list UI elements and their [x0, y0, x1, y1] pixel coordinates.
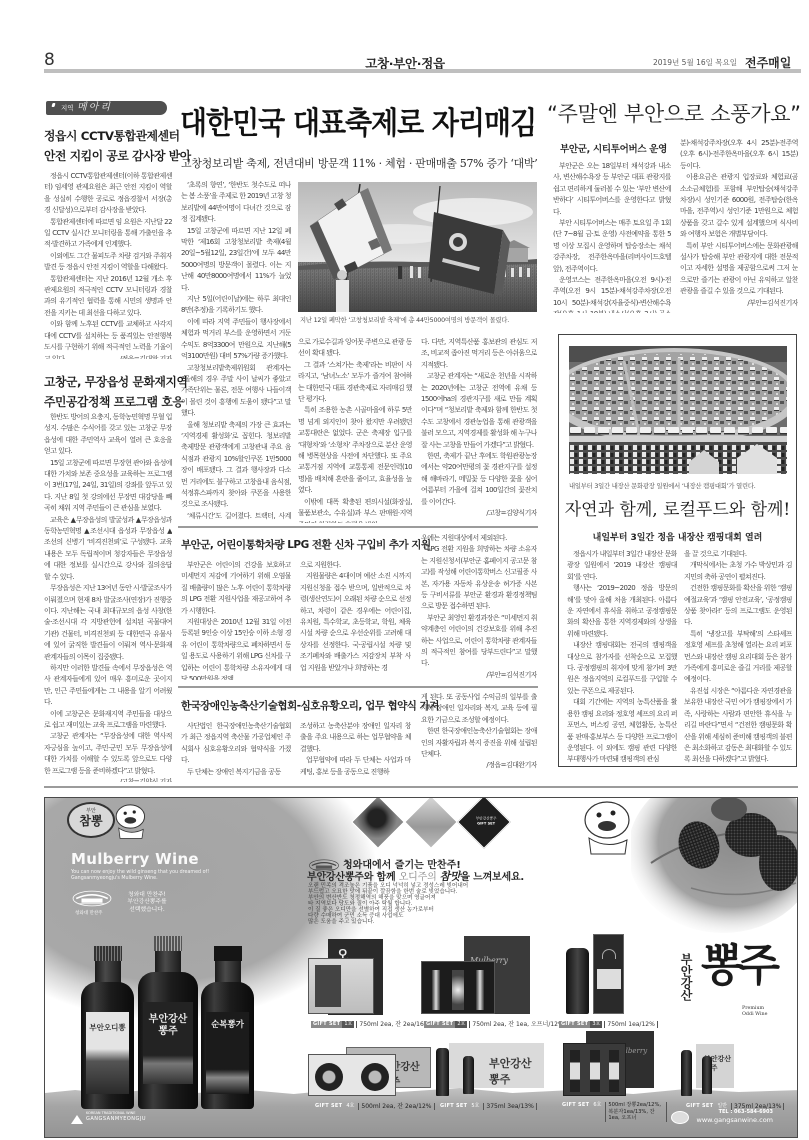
bottle-silhouette — [476, 970, 484, 1010]
english-tagline: You can now enjoy the wild ginseng that … — [71, 870, 209, 882]
page-number: 8 — [44, 50, 55, 70]
paragraph: 지난 5일(어린이날)에는 하루 최대인 8만(추정)을 기록하기도 했다. — [181, 294, 291, 317]
paragraph: 건전한 캠핑문화를 확산을 위한 ‘캠핑 예절교육’과 ‘캠핑 안전교육’, ‘… — [684, 583, 792, 629]
camping-column-1: 정읍시가 내일부터 3일간 내장산 문화광장 일원에서 ‘2019 내장산 캠핑… — [567, 549, 677, 764]
paragraph: 다. 다만, 지역특산품 홍보관의 관심도 저조, 비교적 좁아진 먹거리 등은… — [421, 337, 537, 371]
ad-headline-2: 부안강산뽕주와 함께 오디주의 참맛을 느껴보세요. — [307, 868, 524, 884]
paragraph: 개막식에서는 초청 가수 박상민과 김지민의 축하 공연이 펼쳐진다. — [684, 560, 792, 583]
bottle-silhouette — [432, 970, 440, 1010]
gift-set-spec: 375ml 3ea/13% — [483, 1103, 536, 1110]
cctv-body: 정읍시 CCTV통합관제센터(이하 통합관제센터) 임세영 관제요원은 최근 안… — [44, 171, 172, 359]
bottle-label: 순복뽕가 — [206, 1012, 249, 1094]
paragraph: 교육은 ▲무장읍성의 발굴성과 ▲무장읍성과 동학농민혁명 ▲조선시대 읍성과 … — [44, 515, 172, 583]
header-rule — [44, 69, 801, 73]
paragraph: LPG 전환 지원을 희망하는 차량 소유자는 지원신청서(부안군 홈페이지 공… — [421, 544, 537, 612]
paragraph: 하지만 이러한 발견들 속에서 무장읍성은 역사 관계자들에게 있어 매우 흥미… — [44, 663, 172, 709]
gift-set-number: 2호 — [455, 1021, 467, 1028]
festival-column-3: 다. 다만, 지역특산품 홍보관의 관심도 저조, 비교적 좁아진 먹거리 등은… — [421, 337, 537, 523]
citytour-column-1: 부안군은 오는 18일부터 채석강과 내소사, 변산해수욕장 등 부안군 대표 … — [553, 161, 671, 313]
paragraph: 게 된다. 또 공동사업 수익금의 일부를 출자해 장애인 일자리와 복지, 교… — [421, 692, 537, 726]
bottle-silhouette — [570, 1050, 580, 1092]
camping-headline: 자연과 함께, 로컬푸드와 함께! — [559, 499, 796, 521]
bag-label — [597, 969, 621, 989]
paragraph: 정읍시가 내일부터 3일간 내장산 문화광장 일원에서 ‘2019 내장산 캠핑… — [567, 549, 677, 583]
gift-bottle-image — [436, 1048, 449, 1096]
contact-website: www.gangsanwine.com — [695, 1116, 773, 1124]
product-name-big: 뽕주 — [701, 944, 774, 988]
bottle-foil — [94, 946, 122, 961]
gift-box-image — [308, 958, 374, 1014]
paragraph: 부안 시티투어버스는 매주 토요일 주 1회(단 7~8월 금·토 운영) 사전… — [553, 218, 671, 275]
paragraph-text: 이와 함께 노후된 CCTV를 교체하고 사각지대에 CCTV를 설치하는 등 … — [44, 320, 172, 359]
gift-set-label: GIFT SET1호750ml 2ea, 잔 2ea/16% — [311, 1021, 433, 1028]
gift-bottle-image — [566, 948, 589, 1014]
paragraph: 운영코스는 전주한옥마을(오전 9시)-전주역(오전 9시 15분)-채석강주차… — [553, 275, 671, 313]
ad-headline-part: 오디주의 — [399, 872, 440, 883]
camping-column-2: 을 끌 것으로 기대된다. 개막식에서는 초청 가수 박상민과 김지민의 축하 … — [684, 549, 792, 764]
gift-box-image — [563, 1043, 626, 1096]
paragraph: 이외에도 그간 물피도주 차량 검거와 주취자 발견 등 정읍시 안전 지킴이 … — [44, 251, 172, 274]
paragraph: 부안군 최영인 환경과장은 “미세먼지 취약계층인 어린이의 건강보호를 위해 … — [421, 613, 537, 670]
field-diamond-image — [404, 797, 458, 849]
paragraph: 지원물량은 4대이며 예산 소진 시까지 지원신청을 접수 받으며, 일반적으로… — [300, 571, 411, 674]
paragraph: 고창청보리밭축제위원회 관계자는 “올해의 경우 주말 사이 날씨가 좋았고 가… — [181, 363, 291, 420]
section-divider — [178, 686, 538, 688]
paragraph: 통합관제센터에 따르면 임 요원은 지난달 22일 CCTV 실시간 모니터링을… — [44, 217, 172, 251]
brand-mountain-icon — [71, 1115, 83, 1124]
label-mark-icon — [51, 103, 55, 107]
paragraph: 부안군은 오는 18일부터 채석강과 내소사, 변산해수욕장 등 부안군 대표 … — [553, 161, 671, 218]
bottle-image: 부안오디뽕 — [81, 946, 134, 1109]
gift-box-image — [421, 961, 495, 1014]
lpg-headline: 부안군, 어린이통학차량 LPG 전환 신차 구입비 추가 지원 — [181, 538, 431, 552]
headline-line: 고창군, 무장읍성 문화재지역 — [44, 372, 176, 392]
paragraph: 정읍시 CCTV통합관제센터(이하 통합관제센터) 임세영 관제요원은 최근 안… — [44, 171, 172, 217]
festival-headline: 대한민국 대표축제로 자리매김 — [180, 104, 540, 144]
bottle-foil — [214, 946, 242, 961]
festival-column-1: ‘초록의 향연’, ‘한반도 첫수도로 떠나는 봄 소풍’을 주제로 한 201… — [181, 180, 291, 523]
gift-set-badge: GIFT SET — [438, 1103, 469, 1110]
ad-headline-part: 참맛 — [440, 870, 461, 883]
product-name-sub-line: Oddi Wine — [742, 1012, 767, 1018]
coop-headline: 한국장애인농축산기술협회-심호유황오리, 업무 협약식 가져 — [181, 699, 439, 713]
product-name-sub-line: Premium — [742, 1006, 767, 1012]
brand-footer: KOREAN TRADITIONAL WINE GANGSANMYEONGJU — [86, 1111, 146, 1122]
gift-set-spec: 750ml 2ea, 잔 1ea, 오프너/12% — [469, 1021, 566, 1028]
bottle-label: 부안강산 뽕주 — [143, 1002, 193, 1084]
paragraph-text: 고창군 관계자는 “무장읍성에 대한 역사적 자긍심을 높이고, 주민·군민 모… — [44, 732, 172, 774]
gift-set-label: GIFT SET3호750ml 1ea/12% — [559, 1021, 658, 1028]
mascot-icon — [111, 802, 151, 844]
paragraph: 이와 함께 노후된 CCTV를 교체하고 사각지대에 CCTV를 설치하는 등 … — [44, 319, 172, 359]
gift-set-spec: 500ml 2ea, 잔 2ea/12% — [358, 1103, 434, 1110]
gangsan-logo-icon — [671, 1111, 689, 1124]
coop-column-3: 게 된다. 또 공동사업 수익금의 일부를 출자해 장애인 일자리와 복지, 교… — [421, 692, 537, 782]
paragraph: 이밖에 대폭 확충된 편의시설(화장실, 물품보관소, 수유실)과 부스 판매원… — [298, 497, 412, 523]
gift-set-number: 3호 — [590, 1021, 602, 1028]
lpg-column-3: 우에는 지원대상에서 제외된다. LPG 전환 지원을 희망하는 차량 소유자는… — [421, 533, 537, 681]
gift-set-badge: GIFT SET — [313, 1103, 344, 1110]
column-label-title: 메아리 — [77, 101, 112, 115]
paragraph: 고창군 관계자는 “새로운 천년을 시작하는 2020년에는 고창군 전역에 유… — [421, 371, 537, 451]
paragraph: 무장읍성은 지난 13여년 동안 시·발굴조사가 이뤄졌으며 현재 8차 발굴조… — [44, 583, 172, 663]
paragraph: 부안군은 어린이의 건강을 보호하고 미세먼지 저감에 기여하기 위해 오염물질… — [181, 560, 291, 617]
byline: /정읍=김대완기자 — [421, 760, 537, 771]
emblem-caption: 청와대 만찬주 — [75, 910, 103, 916]
gift-set-spec: 500ml 장뽕2ea/12%, 복분자1ea/13%, 잔 1ea, 오프너 — [605, 1102, 667, 1122]
paragraph: 이에 따라 지역 주민들이 행사장에서 체험과 먹거리 부스를 운영하면서 거둔… — [181, 317, 291, 363]
product-name-vertical: 부안강산 — [679, 953, 693, 1001]
gift-bag-image — [593, 934, 624, 1014]
english-tagline-line: Gangsanmyeongju's Mulberry Wine. — [71, 876, 209, 882]
byline: /부안=김석진기자 — [680, 298, 798, 309]
paragraph: 15일 고창군에 따르면 무장현 관아와 읍성에 대한 가치와 보존 중요성을 … — [44, 458, 172, 515]
paragraph: 올해 청보리밭 축제의 가장 큰 효과는 ‘지역경제 활성화’로 꼽힌다. 청보… — [181, 420, 291, 511]
byline: /정읍=김대완 기자 — [114, 354, 172, 360]
emblem-text-line: 부안강산뽕주를 — [121, 899, 173, 906]
bottle-image: 순복뽕가 — [201, 946, 254, 1109]
mulberry-photo — [631, 797, 798, 937]
paragraph: 이에 고창군은 문화재지역 주민들을 대상으로 쉽고 재미있는 교육 프로그램을… — [44, 709, 172, 732]
mulberry-wine-title: Mulberry Wine — [71, 850, 199, 868]
paragraph: 그 결과 ‘스쳐가는 축제’라는 비판이 사라지고, ‘남녀노소’ 모두가 즐겨… — [298, 360, 412, 406]
bottle-image: 부안강산 뽕주 — [138, 936, 198, 1109]
festival-photo — [298, 182, 537, 312]
camping-subhead: 내일부터 3일간 정읍 내장산 캠핑대회 열려 — [559, 530, 796, 543]
paragraph: 조성하고 농축산분야 장애인 일자리 창출을 주요 내용으로 하는 업무협약을 … — [300, 721, 411, 755]
gift-bottle-image — [681, 1050, 692, 1096]
contact-phone: TEL : 063-584-6903 — [695, 1109, 773, 1115]
emblem-text: 청와대 만찬주! 부안강산뽕주를 선택했습니다. — [121, 892, 173, 914]
round-bottle-silhouette — [315, 1063, 343, 1091]
gift-set-spec: 750ml 1ea/12% — [604, 1021, 657, 1028]
brand-footer-name: GANGSANMYEONGJU — [86, 1116, 146, 1122]
gift-set-badge: GIFT SET — [559, 1021, 590, 1028]
citytour-headline: “주말엔 부안으로 소풍가요” — [547, 100, 805, 128]
lpg-column-2: 으로 지원한다. 지원물량은 4대이며 예산 소진 시까지 지원신청을 접수 받… — [300, 560, 411, 680]
blue-house-emblem-icon — [72, 890, 112, 911]
mujang-body: 한반도 방어의 요충지, 동학농민혁명 무혈 입성지. 수많은 수식어를 갖고 … — [44, 412, 172, 782]
cctv-headline: 정읍시 CCTV통합관제센터 안전 지킴이 공로 감사장 받아 — [44, 126, 176, 166]
bottle-label-text: 부안오디뽕 — [86, 1022, 129, 1033]
ad-body-line: 많은 도움을 주고 있습니다. — [308, 919, 533, 925]
gift-set-number: 4호 — [344, 1103, 356, 1110]
paragraph: 으로 지원한다. — [300, 560, 411, 571]
column-label: 지역 메아리 — [46, 101, 167, 115]
bottle-label-text: 부안강산 뽕주 — [143, 1014, 193, 1038]
lpg-column-1: 부안군은 어린이의 건강을 보호하고 미세먼지 저감에 기여하기 위해 오염물질… — [181, 560, 291, 680]
paragraph: 우에는 지원대상에서 제외된다. — [421, 533, 537, 544]
paragraph: 을 끌 것으로 기대된다. — [684, 549, 792, 560]
headline-line: 주민공감정책 프로그램 호응 — [44, 392, 176, 412]
byline: /부안=김석진기자 — [421, 670, 537, 681]
headline-line: 안전 지킴이 공로 감사장 받아 — [44, 146, 176, 166]
paragraph: 특히 조용한 농촌 시골마을에 하루 5만명 넘게 외지인이 찾아 왔지만 우려… — [298, 405, 412, 496]
glass-silhouette — [452, 970, 464, 1010]
paragraph: 으로 가로수길과 잉어못 주변으로 관광 동선이 확대 됐다. — [298, 337, 412, 360]
byline: /고창=김양식 기자 — [114, 777, 172, 782]
paragraph: 업무협약에 따라 두 단체는 사업과 마케팅, 홍보 등을 공동으로 진행하 — [300, 755, 411, 778]
gift-set-label: GIFT SET6호500ml 장뽕2ea/12%, 복분자1ea/13%, 잔… — [560, 1102, 667, 1122]
paragraph: 두 단체는 장애인 복지기금을 공동 — [181, 767, 291, 778]
paragraph: ‘체류시간’도 길어졌다. 트랙터, 사계절 포토존, 농부 출근손은 축제 시… — [181, 511, 291, 523]
newspaper-page: 8 고창·부안·정읍 2019년 5월 16일 목요일 전주매일 지역 메아리 … — [0, 0, 809, 1140]
bottle-label-text: 순복뽕가 — [206, 1018, 249, 1030]
gift-set-badge: GIFT SET — [424, 1021, 455, 1028]
paragraph: 이용요금은 관광지 입장료와 체험료(곰소소금체험)를 포함해 부안탑승(채석강… — [680, 172, 798, 240]
gift-set-badge: GIFT SET — [560, 1102, 591, 1109]
paragraph: 내장산 캠핑대회는 전국의 캠핑객을 대상으로 참가자를 선착순으로 모집했다.… — [567, 640, 677, 697]
bottle-silhouette — [609, 1050, 619, 1092]
paragraph: 지원대상은 2010년 12월 31일 이전 등록된 9인승 이상 15인승 이… — [181, 617, 291, 680]
paragraph: 대회 기간에는 지역의 농특산품을 활용한 캠핑 요리와 정호영 셰프의 요리 … — [567, 697, 677, 764]
byline: /고창=김양식기자 — [421, 508, 537, 519]
paragraph: 고창군 관계자는 “무장읍성에 대한 역사적 자긍심을 높이고, 주민·군민 모… — [44, 731, 172, 777]
paragraph: 한편, 축제가 끝난 후에도 학원관광농장에서는 약20여만평의 꽃 경관지구를… — [421, 451, 537, 508]
bottle-silhouette — [590, 1050, 600, 1092]
chambbong-logo: 부안 참뽕 — [67, 802, 115, 838]
paragraph: 행사는 ‘2019~2020 정읍 방문의 해’를 맞아 올해 처음 개최된다.… — [567, 583, 677, 640]
paragraph: 분)-채석강주차장(오후 4시 25분)-전주역(오후 6시)-전주한옥마을(오… — [680, 138, 798, 172]
bag-handle — [602, 949, 616, 959]
mujang-headline: 고창군, 무장읍성 문화재지역 주민공감정책 프로그램 호응 — [44, 372, 176, 412]
ad-headline-part: 을 느껴보세요. — [460, 872, 524, 883]
ad-body-text: 오랜 민족의 격조높은 기품을 오디 넉넉히 넣고 정성스레 빚어내어 부드럽고… — [308, 883, 533, 925]
gift-set-label: GIFT SET2호750ml 2ea, 잔 1ea, 오프너/12% — [424, 1021, 567, 1028]
bottle-label: 부안오디뽕 — [86, 1012, 129, 1094]
logo-name-text: 참뽕 — [69, 814, 113, 828]
advertisement: 부안 참뽕 Mulberry Wine You can now enjoy th… — [44, 797, 798, 1138]
gift-set-number: 1호 — [342, 1021, 354, 1028]
coop-column-1: 사단법인 한국장애인농축산기술협회가 최근 정읍지역 축산물 가공업체인 주식회… — [181, 721, 291, 781]
mascot-icon — [577, 798, 639, 860]
issue-date: 2019년 5월 16일 목요일 — [653, 57, 737, 68]
camping-photo-caption: 내일부터 3일간 내장산 문화광장 일원에서 ‘내장산 캠핑대회’가 열린다. — [569, 482, 789, 491]
gift-box-panel — [315, 965, 341, 1007]
paragraph: 사단법인 한국장애인농축산기술협회가 최근 정읍지역 축산물 가공업체인 주식회… — [181, 721, 291, 767]
headline-line: 정읍시 CCTV통합관제센터 — [44, 126, 176, 146]
bottle-foil — [154, 936, 182, 951]
column-label-prefix: 지역 — [61, 104, 74, 112]
section-divider — [178, 526, 538, 528]
giftset-diamond: 부안강산뽕주 GIFT SET — [457, 797, 511, 849]
gift-set-number: 5호 — [469, 1103, 481, 1110]
festival-photo-caption: 지난 12일 폐막한 ‘고창청보리밭 축제’에 총 44만5000여명의 방문객… — [300, 316, 537, 325]
coop-column-2: 조성하고 농축산분야 장애인 일자리 창출을 주요 내용으로 하는 업무협약을 … — [300, 721, 411, 781]
paragraph: 한반도 방어의 요충지, 동학농민혁명 무혈 입성지. 수많은 수식어를 갖고 … — [44, 412, 172, 458]
emblem-text-line: 선택했습니다. — [121, 907, 173, 914]
gift-set-label: GIFT SET4호500ml 2ea, 잔 2ea/12% — [313, 1103, 435, 1110]
gift-set-number: 6호 — [591, 1102, 603, 1109]
gift-box-text: 부안강산 뽕주 — [489, 1055, 544, 1087]
paragraph: 유진섭 시장은 “아름다운 자연경관을 보유한 내장산 국민 여가 캠핑장에서 … — [684, 686, 792, 764]
diamond-label-line: GIFT SET — [469, 821, 503, 826]
camping-photo — [569, 346, 787, 474]
paragraph: 특히 부안 시티투어버스에는 문화관광해설사가 탑승해 부안 관광지에 대한 전… — [680, 241, 798, 298]
camping-article-box: 내일부터 3일간 내장산 문화광장 일원에서 ‘내장산 캠핑대회’가 열린다. … — [558, 334, 797, 767]
giftset-diamond-label: 부안강산뽕주 GIFT SET — [469, 816, 503, 826]
paragraph: 통합관제센터는 지난 2016년 12월 개소 후 관제요원의 적극적인 CCT… — [44, 274, 172, 320]
citytour-subhead: 부안군, 시티투어버스 운영 — [560, 141, 667, 155]
paragraph: 한편 한국장애인농축산기술협회는 장애인의 자활자립과 복지 증진을 위해 설립… — [421, 726, 537, 760]
product-name-sub: Premium Oddi Wine — [742, 1006, 767, 1017]
festival-column-2: 으로 가로수길과 잉어못 주변으로 관광 동선이 확대 됐다. 그 결과 ‘스쳐… — [298, 337, 412, 523]
gift-bottle-image — [702, 1056, 712, 1094]
paragraph: ‘초록의 향연’, ‘한반도 첫수도로 떠나는 봄 소풍’을 주제로 한 201… — [181, 180, 291, 226]
gift-set-label: GIFT SET5호375ml 3ea/13% — [438, 1103, 537, 1110]
paragraph: 특히 ‘냉장고를 부탁해’의 스타셰프 정호영 셰프를 초청해 열리는 요리 퍼… — [684, 629, 792, 686]
gift-set-badge: GIFT SET — [311, 1021, 342, 1028]
citytour-column-2: 분)-채석강주차장(오후 4시 25분)-전주역(오후 6시)-전주한옥마을(오… — [680, 138, 798, 316]
paragraph: 15일 고창군에 따르면 지난 12일 폐막한 ‘제16회 고창청보리밭 축제(… — [181, 226, 291, 294]
festival-subtitle: 고창청보리밭 축제, 전년대비 방문객 11% · 체험 · 판매매출 57% … — [181, 157, 537, 171]
gift-set-spec: 750ml 2ea, 잔 2ea/16% — [356, 1021, 432, 1028]
gift-box-image — [308, 1054, 396, 1096]
gift-bottle-image — [463, 1056, 474, 1094]
round-bottle-silhouette — [361, 1063, 389, 1091]
ad-divider — [44, 786, 798, 788]
ad-headline-part: 부안강산뽕주와 함께 — [307, 872, 399, 883]
